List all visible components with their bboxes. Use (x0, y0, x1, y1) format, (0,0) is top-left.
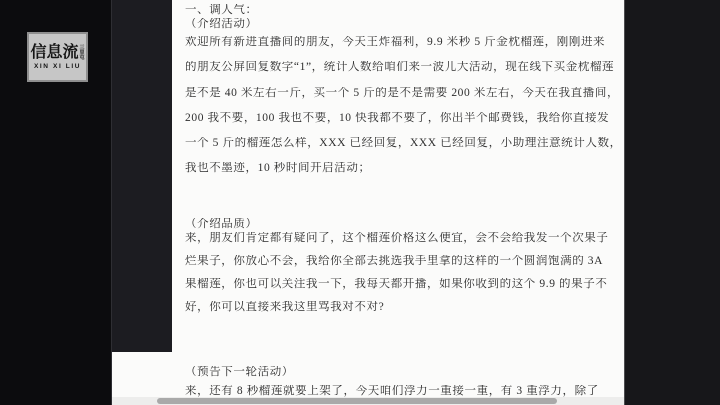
doc-line: 来，朋友们肯定都有疑问了，这个榴莲价格这么便宜，会不会给我发一个次果子 (185, 232, 624, 245)
doc-line: 好，你可以直接来我这里骂我对不对? (185, 301, 624, 314)
doc-line: 的朋友公屏回复数字“1”，统计人数给咱们来一波儿大活动，现在线下买金枕榴莲 (185, 61, 624, 74)
logo-vertical-tag: 三里屯 (80, 46, 85, 61)
doc-line: 欢迎所有新进直播间的朋友，今天王炸福利，9.9 米秒 5 斤金枕榴莲，刚刚进来 (185, 36, 624, 49)
section-1-heading: 一、调人气： (185, 4, 624, 17)
section-1-subheading: （介绍活动） (185, 18, 624, 31)
logo-title-row: 信息流 三里屯 (30, 45, 84, 61)
doc-line: 一个 5 斤的榴莲怎么样，XXX 已经回复，XXX 已经回复，小助理注意统计人数… (185, 137, 624, 150)
horizontal-scrollbar-thumb[interactable] (157, 398, 557, 404)
watermark-logo: 信息流 三里屯 XIN XI LIU (27, 32, 88, 82)
section-3-subheading: （预告下一轮活动） (185, 366, 624, 379)
doc-line: 200 我不要，100 我也不要，10 快我都不要了，你出半个邮费钱，我给你直接… (185, 112, 624, 125)
section-2-subheading: （介绍品质） (185, 218, 624, 231)
logo-title: 信息流 (30, 45, 78, 61)
doc-line: 我也不墨迹，10 秒时间开启活动； (185, 162, 624, 175)
logo-vertical-char-3: 屯 (80, 56, 85, 61)
right-letterbox-panel (624, 0, 720, 405)
document-page: 一、调人气： （介绍活动） 欢迎所有新进直播间的朋友，今天王炸福利，9.9 米秒… (172, 0, 624, 405)
horizontal-scrollbar-track[interactable] (112, 397, 624, 405)
logo-subtitle: XIN XI LIU (34, 63, 81, 70)
doc-line: 烂果子，你放心不会，我给你全部去挑选我手里拿的这样的一个圆润饱满的 3A (185, 255, 624, 268)
doc-line: 是不是 40 米左右一斤，买一个 5 斤的是不是需要 200 米左右，今天在我直… (185, 87, 624, 100)
doc-line: 果榴莲，你也可以关注我一下，我每天都开播，如果你收到的这个 9.9 的果子不 (185, 278, 624, 291)
